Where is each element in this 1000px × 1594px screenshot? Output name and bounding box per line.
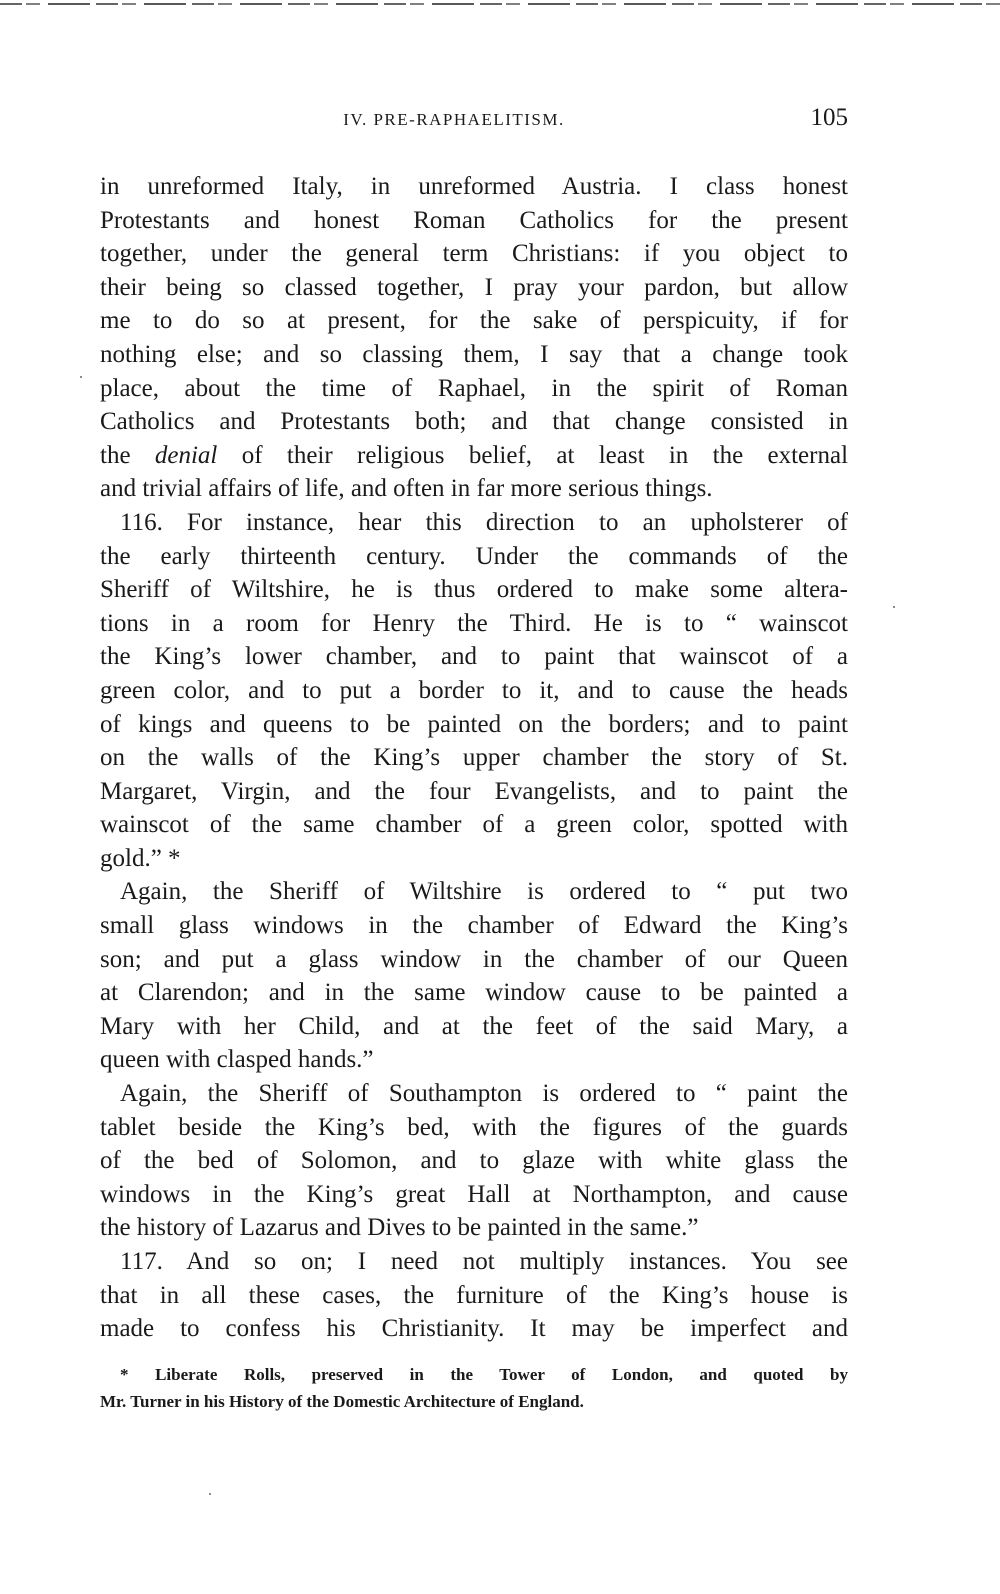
running-title: IV. PRE-RAPHAELITISM. [100,110,848,130]
text-line: made to confess his Christianity. It may… [100,1312,848,1346]
text-line: that in all these cases, the furniture o… [100,1279,848,1313]
text-fragment: the [100,442,131,469]
text-fragment: of their religious belief, at least in t… [242,442,848,469]
text-line: and trivial affairs of life, and often i… [100,472,848,506]
text-line: of kings and queens to be painted on the… [100,708,848,742]
text-line-footnote-ref: gold.” * [100,842,848,876]
scan-speck [209,1493,211,1495]
text-line: together, under the general term Christi… [100,237,848,271]
page-number: 105 [811,104,849,132]
text-line: me to do so at present, for the sake of … [100,304,848,338]
text-line: tions in a room for Henry the Third. He … [100,607,848,641]
text-line: windows in the King’s great Hall at Nort… [100,1178,848,1212]
text-line: at Clarendon; and in the same window cau… [100,976,848,1010]
text-line: place, about the time of Raphael, in the… [100,372,848,406]
text-line: green color, and to put a border to it, … [100,674,848,708]
text-line: Protestants and honest Roman Catholics f… [100,204,848,238]
text-line: Mary with her Child, and at the feet of … [100,1010,848,1044]
footnote: * Liberate Rolls, preserved in the Tower… [100,1361,848,1415]
text-line: wainscot of the same chamber of a green … [100,808,848,842]
text-line: tablet beside the King’s bed, with the f… [100,1111,848,1145]
text-line: the King’s lower chamber, and to paint t… [100,640,848,674]
text-line: of the bed of Solomon, and to glaze with… [100,1144,848,1178]
paragraph-again-southampton: Again, the Sheriff of Southampton is ord… [100,1077,848,1111]
text-line: Margaret, Virgin, and the four Evangelis… [100,775,848,809]
text-line-with-emphasis: the denial of their religious belief, at… [100,439,848,473]
scan-edge-artifact [0,3,1000,5]
footnote-line: Mr. Turner in his History of the Domesti… [100,1388,848,1415]
paragraph-again-wiltshire: Again, the Sheriff of Wiltshire is order… [100,875,848,909]
text-line: son; and put a glass window in the chamb… [100,943,848,977]
text-line: the history of Lazarus and Dives to be p… [100,1211,848,1245]
body-text: in unreformed Italy, in unreformed Austr… [100,170,848,1346]
text-line: in unreformed Italy, in unreformed Austr… [100,170,848,204]
text-line: queen with clasped hands.” [100,1043,848,1077]
text-line: nothing else; and so classing them, I sa… [100,338,848,372]
running-head: IV. PRE-RAPHAELITISM. 105 [100,104,848,134]
text-line: on the walls of the King’s upper chamber… [100,741,848,775]
paragraph-116-start: 116. For instance, hear this direction t… [100,506,848,540]
footnote-line: * Liberate Rolls, preserved in the Tower… [100,1361,848,1388]
scan-speck [893,606,895,608]
emphasis-denial: denial [155,442,218,469]
text-line: Catholics and Protestants both; and that… [100,405,848,439]
text-line: the early thirteenth century. Under the … [100,540,848,574]
text-line: their being so classed together, I pray … [100,271,848,305]
text-line: small glass windows in the chamber of Ed… [100,909,848,943]
paragraph-117-start: 117. And so on; I need not multiply inst… [100,1245,848,1279]
scan-speck [80,376,82,378]
text-line: Sheriff of Wiltshire, he is thus ordered… [100,573,848,607]
